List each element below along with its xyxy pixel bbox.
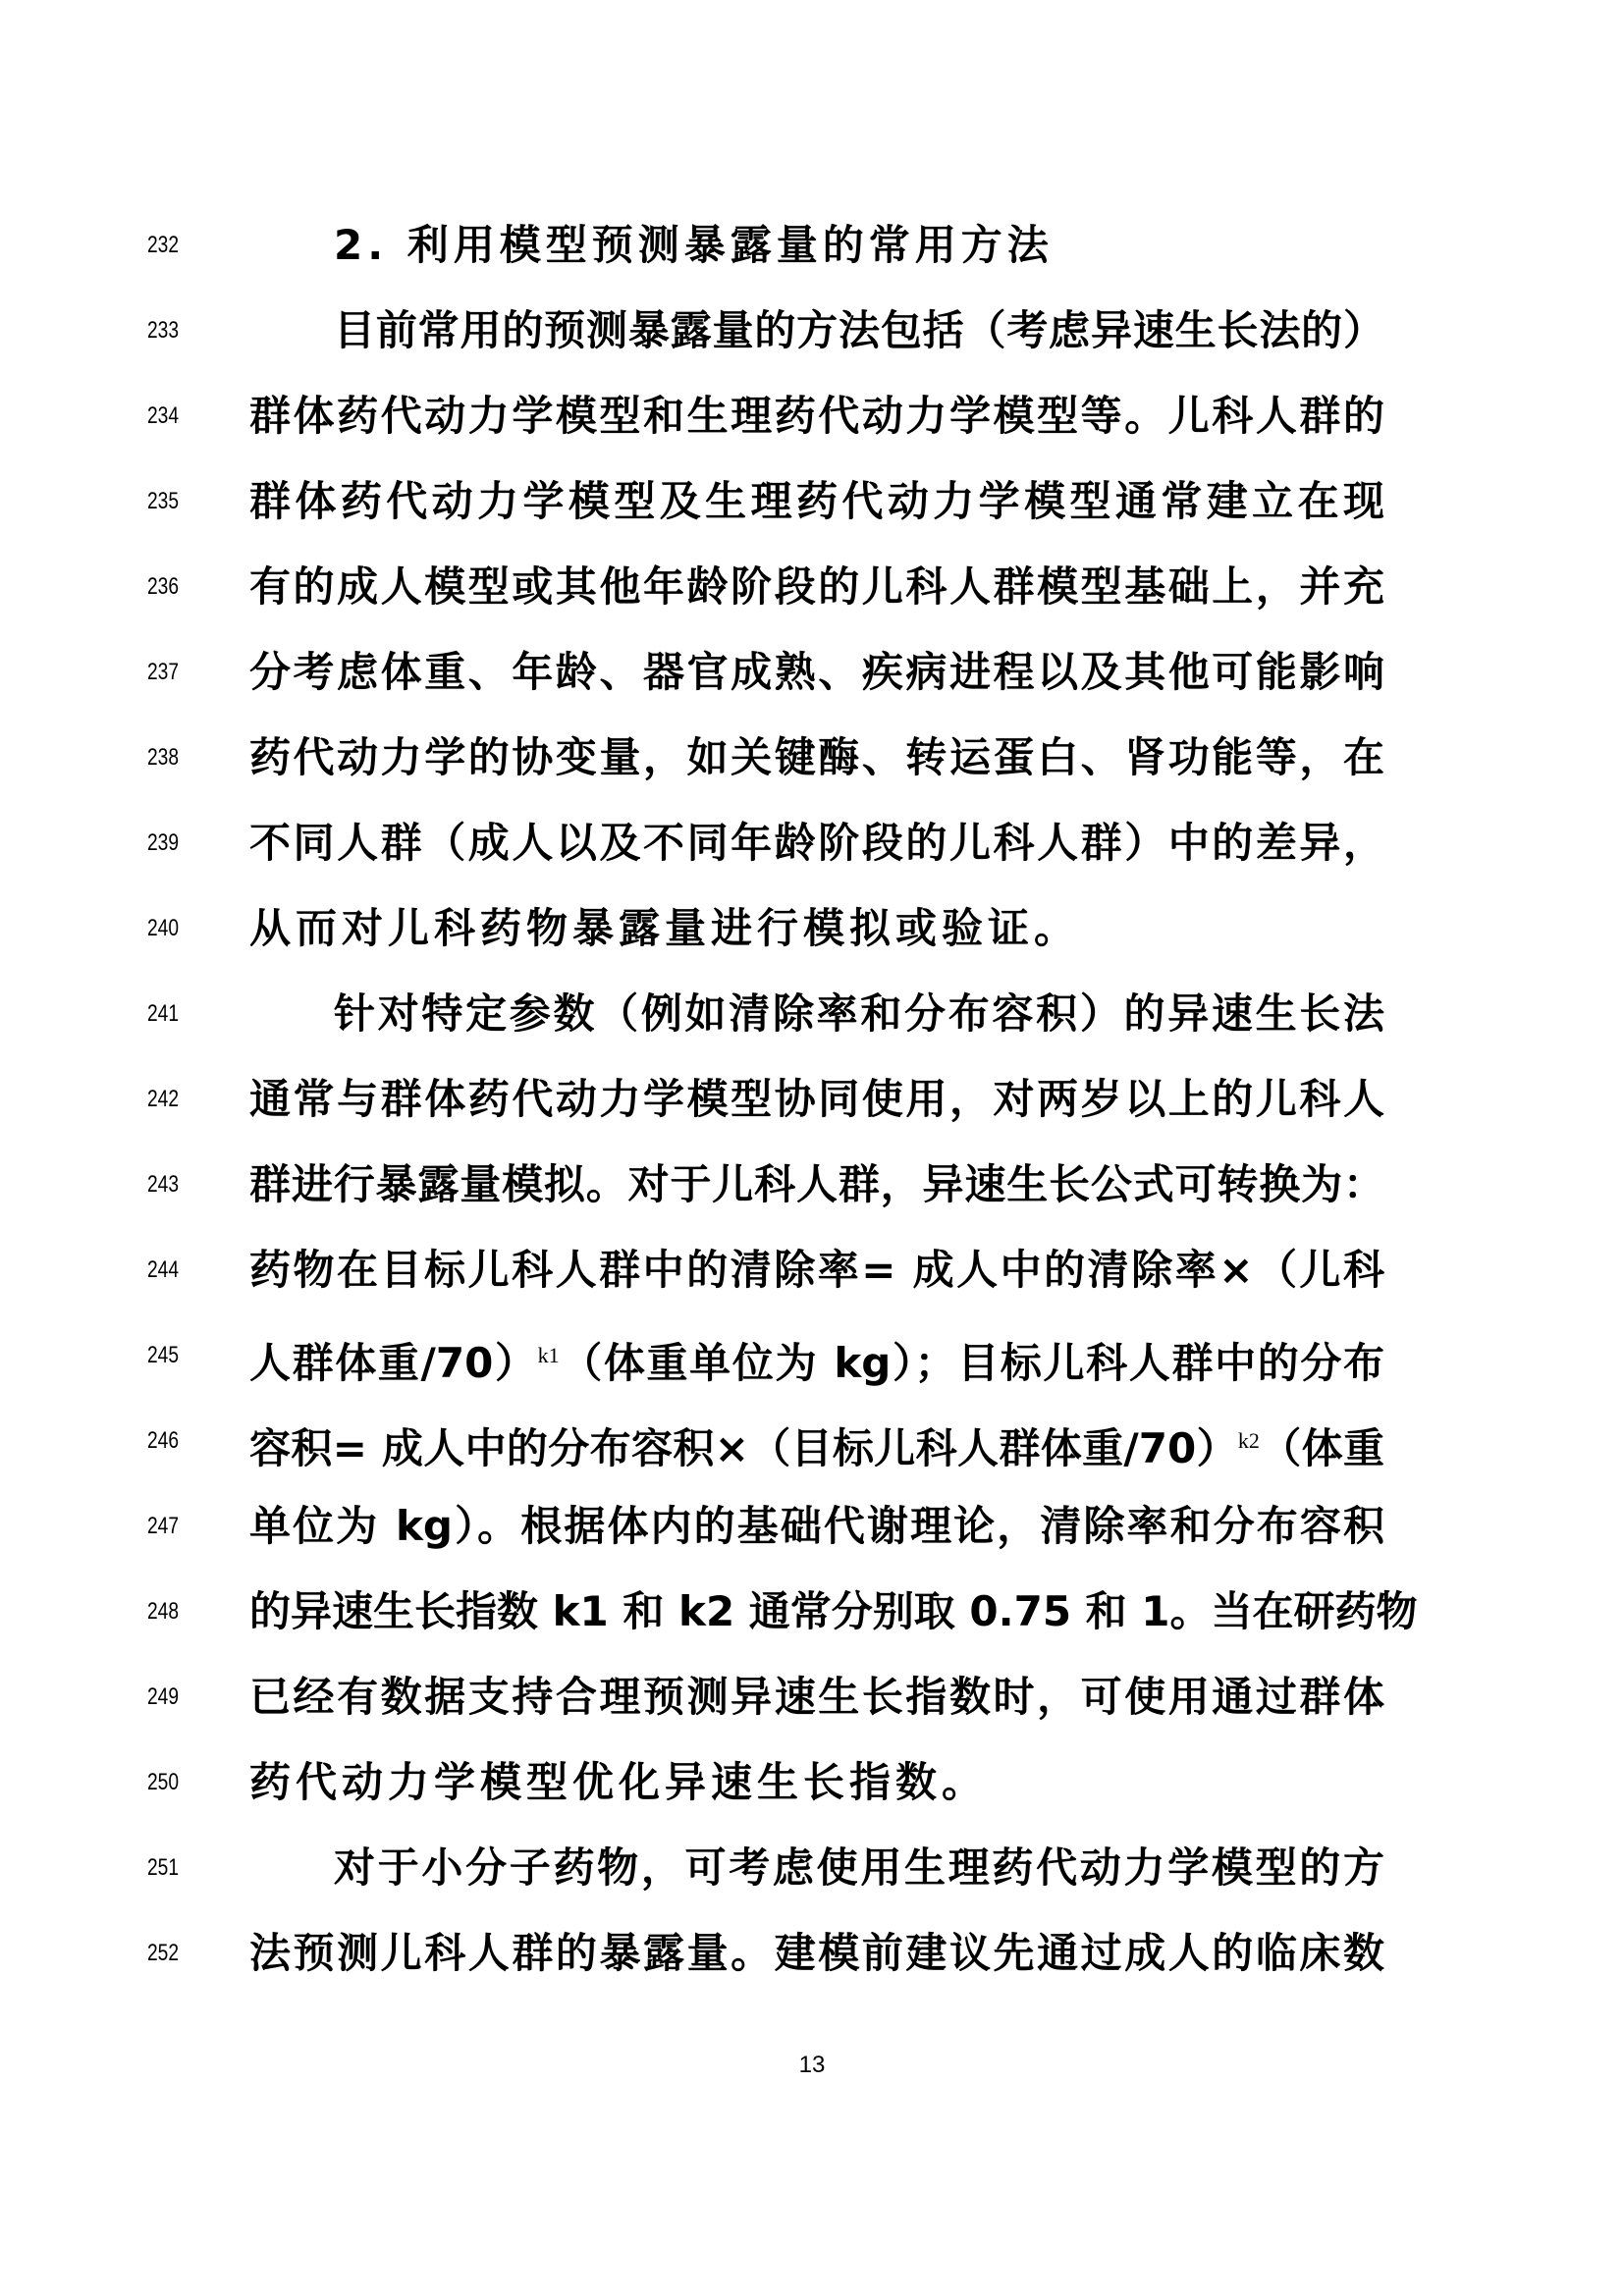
line-number: 250	[147, 1753, 194, 1812]
paragraph-text: 不同人群（成人以及不同年龄阶段的儿科人群）中的差异，	[249, 814, 1384, 873]
paragraph-text: 的异速生长指数 k1 和 k2 通常分别取 0.75 和 1。当在研药物	[249, 1582, 1384, 1641]
text-line: 239 不同人群（成人以及不同年龄阶段的儿科人群）中的差异，	[0, 814, 1624, 873]
paragraph-text: 对于小分子药物，可考虑使用生理药代动力学模型的方	[334, 1839, 1384, 1897]
line-number: 242	[147, 1070, 194, 1129]
text-line: 246 容积= 成人中的分布容积×（目标儿科人群体重/70）k2（体重	[0, 1412, 1624, 1470]
line-number: 252	[147, 1924, 194, 1983]
line-number: 240	[147, 899, 194, 958]
text-line: 240 从而对儿科药物暴露量进行模拟或验证。	[0, 899, 1624, 958]
paragraph-text: 药代动力学模型优化异速生长指数。	[249, 1753, 988, 1812]
paragraph-text: 从而对儿科药物暴露量进行模拟或验证。	[249, 899, 1080, 958]
text-line: 241 针对特定参数（例如清除率和分布容积）的异速生长法	[0, 985, 1624, 1043]
line-number: 246	[147, 1412, 194, 1470]
formula-text: 人群体重/70）	[249, 1339, 538, 1387]
paragraph-text: 药代动力学的协变量，如关键酶、转运蛋白、肾功能等，在	[249, 728, 1384, 787]
line-number: 248	[147, 1582, 194, 1641]
line-number: 232	[147, 216, 194, 275]
line-number: 235	[147, 472, 194, 531]
paragraph-text: 通常与群体药代动力学模型协同使用，对两岁以上的儿科人	[249, 1070, 1384, 1129]
text-line: 237 分考虑体重、年龄、器官成熟、疾病进程以及其他可能影响	[0, 643, 1624, 702]
line-number: 236	[147, 558, 194, 616]
line-number: 241	[147, 985, 194, 1043]
paragraph-text: 已经有数据支持合理预测异速生长指数时，可使用通过群体	[249, 1668, 1384, 1727]
paragraph-text: 群进行暴露量模拟。对于儿科人群，异速生长公式可转换为：	[249, 1155, 1384, 1214]
paragraph-text: 单位为 kg）。根据体内的基础代谢理论，清除率和分布容积	[249, 1497, 1384, 1556]
line-number: 238	[147, 728, 194, 787]
text-line: 251 对于小分子药物，可考虑使用生理药代动力学模型的方	[0, 1839, 1624, 1897]
text-line: 244 药物在目标儿科人群中的清除率= 成人中的清除率×（儿科	[0, 1241, 1624, 1300]
section-heading: 2. 利用模型预测暴露量的常用方法	[334, 216, 1054, 275]
text-line: 250 药代动力学模型优化异速生长指数。	[0, 1753, 1624, 1812]
exponent-k2: k2	[1238, 1428, 1260, 1453]
text-line: 236 有的成人模型或其他年龄阶段的儿科人群模型基础上，并充	[0, 558, 1624, 616]
line-number: 251	[147, 1839, 194, 1897]
paragraph-text: 群体药代动力学模型及生理药代动力学模型通常建立在现	[249, 472, 1384, 531]
paragraph-text: 群体药代动力学模型和生理药代动力学模型等。儿科人群的	[249, 387, 1384, 446]
page-number: 13	[0, 2052, 1624, 2079]
text-line: 234 群体药代动力学模型和生理药代动力学模型等。儿科人群的	[0, 387, 1624, 446]
text-line: 238 药代动力学的协变量，如关键酶、转运蛋白、肾功能等，在	[0, 728, 1624, 787]
line-number: 244	[147, 1241, 194, 1300]
text-line: 232 2. 利用模型预测暴露量的常用方法	[0, 216, 1624, 275]
line-number: 233	[147, 301, 194, 360]
line-number: 237	[147, 643, 194, 702]
exponent-k1: k1	[538, 1343, 560, 1367]
paragraph-text: 有的成人模型或其他年龄阶段的儿科人群模型基础上，并充	[249, 558, 1384, 616]
formula-text: （体重	[1260, 1424, 1384, 1472]
paragraph-text: 针对特定参数（例如清除率和分布容积）的异速生长法	[334, 985, 1384, 1043]
text-line: 233 目前常用的预测暴露量的方法包括（考虑异速生长法的）	[0, 301, 1624, 360]
line-number: 247	[147, 1497, 194, 1556]
paragraph-text: 分考虑体重、年龄、器官成熟、疾病进程以及其他可能影响	[249, 643, 1384, 702]
paragraph-text: 人群体重/70）k1（体重单位为 kg）；目标儿科人群中的分布	[249, 1326, 1384, 1393]
text-line: 249 已经有数据支持合理预测异速生长指数时，可使用通过群体	[0, 1668, 1624, 1727]
paragraph-text: 法预测儿科人群的暴露量。建模前建议先通过成人的临床数	[249, 1924, 1384, 1983]
text-line: 248 的异速生长指数 k1 和 k2 通常分别取 0.75 和 1。当在研药物	[0, 1582, 1624, 1641]
text-line: 242 通常与群体药代动力学模型协同使用，对两岁以上的儿科人	[0, 1070, 1624, 1129]
text-line: 235 群体药代动力学模型及生理药代动力学模型通常建立在现	[0, 472, 1624, 531]
line-number: 249	[147, 1668, 194, 1727]
paragraph-text: 目前常用的预测暴露量的方法包括（考虑异速生长法的）	[334, 301, 1384, 360]
text-line: 247 单位为 kg）。根据体内的基础代谢理论，清除率和分布容积	[0, 1497, 1624, 1556]
formula-text: 容积= 成人中的分布容积×（目标儿科人群体重/70）	[249, 1424, 1238, 1472]
text-line: 245 人群体重/70）k1（体重单位为 kg）；目标儿科人群中的分布	[0, 1326, 1624, 1385]
line-number: 245	[147, 1326, 194, 1385]
paragraph-text: 药物在目标儿科人群中的清除率= 成人中的清除率×（儿科	[249, 1241, 1384, 1300]
text-line: 252 法预测儿科人群的暴露量。建模前建议先通过成人的临床数	[0, 1924, 1624, 1983]
paragraph-text: 容积= 成人中的分布容积×（目标儿科人群体重/70）k2（体重	[249, 1412, 1384, 1478]
text-line: 243 群进行暴露量模拟。对于儿科人群，异速生长公式可转换为：	[0, 1155, 1624, 1214]
line-number: 239	[147, 814, 194, 873]
formula-text: （体重单位为 kg）；目标儿科人群中的分布	[560, 1339, 1384, 1387]
line-number: 234	[147, 387, 194, 446]
line-number: 243	[147, 1155, 194, 1214]
